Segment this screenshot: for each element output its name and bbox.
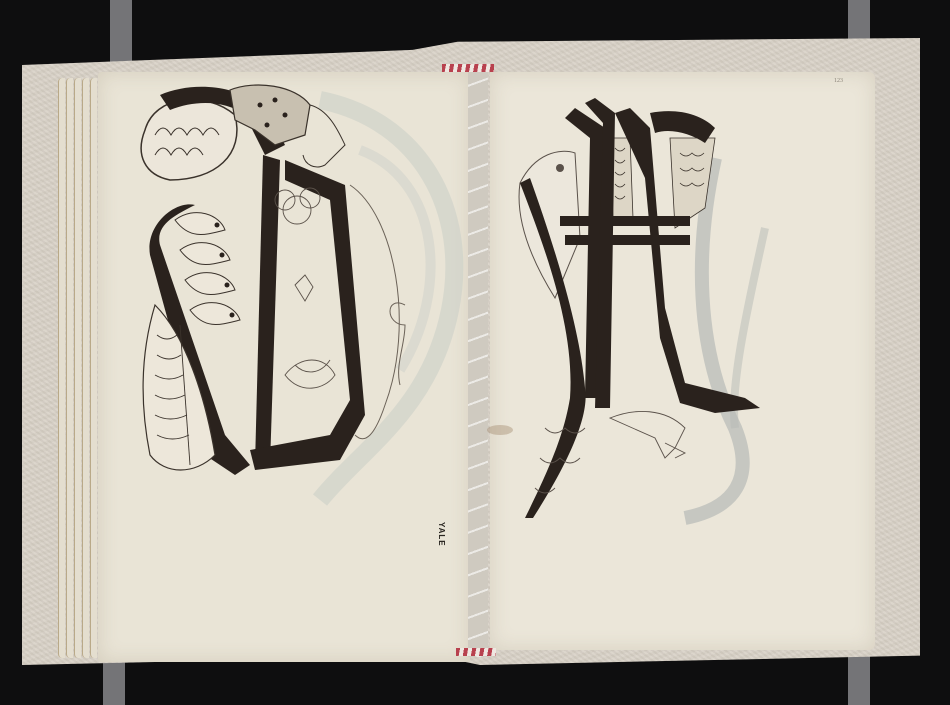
sewing-thread-bottom	[456, 648, 496, 656]
support-strap-left-bottom	[103, 658, 125, 705]
page-edge-3	[74, 78, 81, 658]
initial-m-illustration	[515, 98, 775, 528]
support-strap-right-bottom	[848, 652, 870, 705]
sewing-thread-top	[442, 64, 494, 72]
initial-d-illustration	[135, 75, 435, 495]
page-edge-5	[90, 78, 97, 658]
page-edge-4	[82, 78, 89, 658]
page-edge-1	[58, 78, 65, 658]
page-edge-2	[66, 78, 73, 658]
folio-number: 123	[834, 78, 843, 84]
book-gutter	[468, 72, 488, 657]
ink-stain	[487, 425, 513, 435]
library-stamp: YALE	[437, 522, 446, 547]
